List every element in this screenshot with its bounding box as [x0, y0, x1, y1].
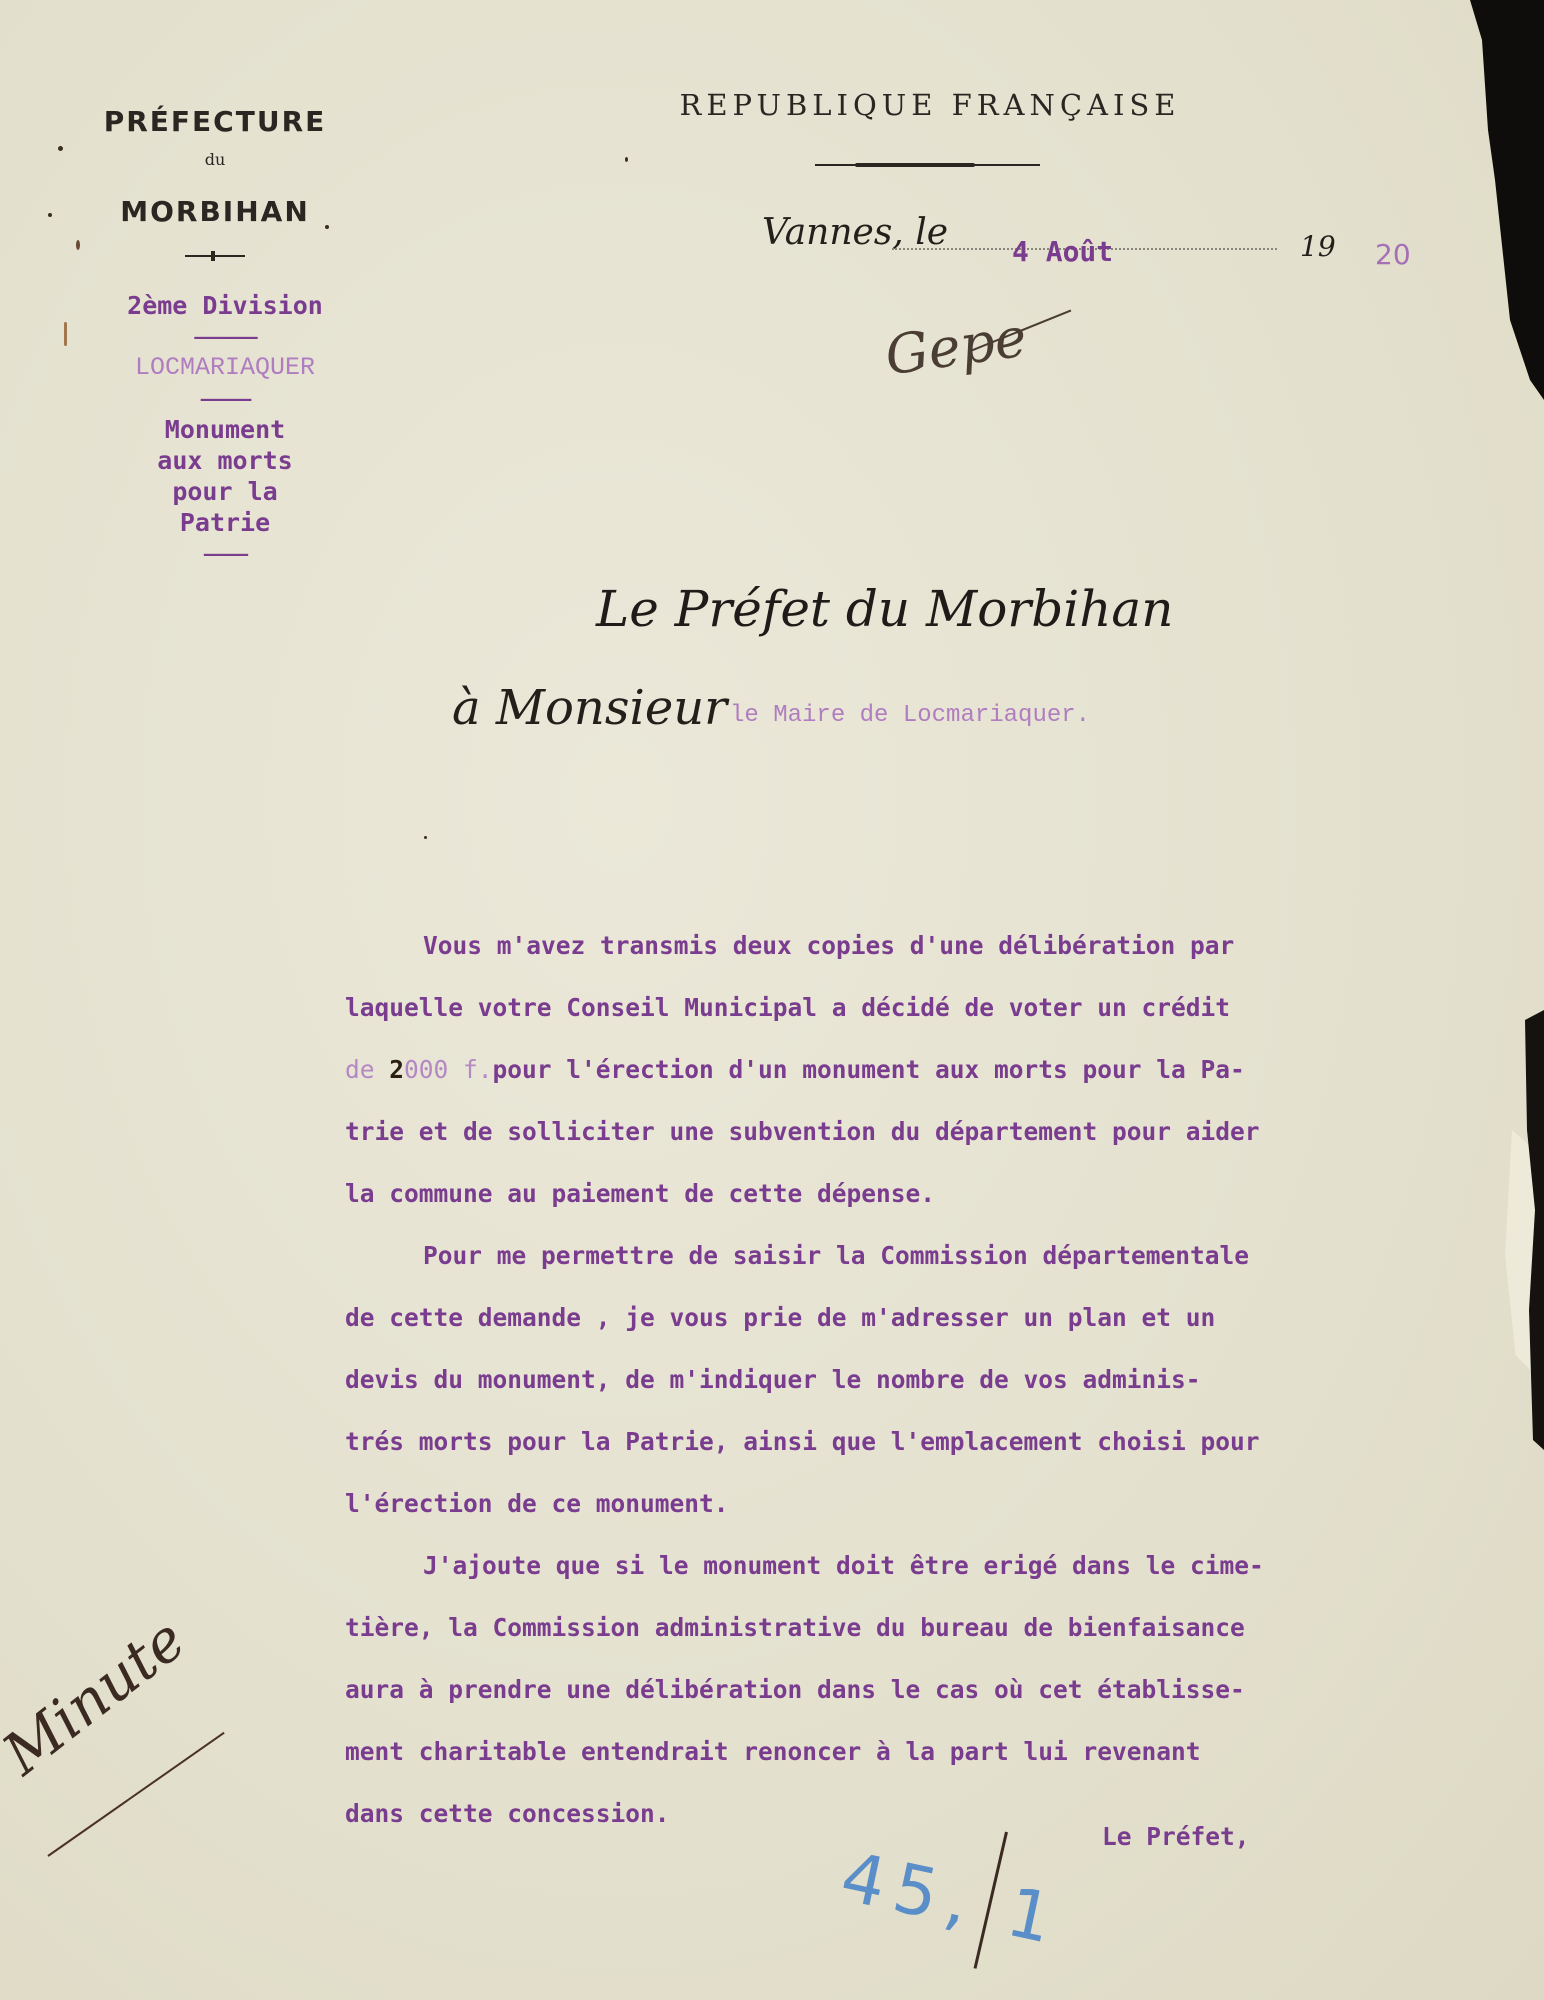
body-line: trie et de solliciter une subvention du … — [345, 1101, 1525, 1163]
handwritten-initials: Gepe — [881, 305, 1030, 387]
subject-line: Monument — [80, 414, 370, 445]
prefecture-connector: du — [40, 150, 390, 169]
separator: ------- — [80, 538, 370, 569]
credit-first-digit: 2 — [389, 1055, 404, 1084]
body-line: Pour me permettre de saisir la Commissio… — [345, 1225, 1525, 1287]
margin-note-minute: Minute — [0, 1605, 198, 1788]
sender-line: Le Préfet du Morbihan — [596, 580, 1173, 638]
body-line: la commune au paiement de cette dépense. — [345, 1163, 1525, 1225]
separator: -------- — [80, 383, 370, 414]
ornament-divider — [815, 164, 1040, 166]
paper-speck — [625, 157, 628, 162]
letter-page: PRÉFECTURE du MORBIHAN 2ème Division ---… — [0, 0, 1544, 2000]
body-line: de cette demande , je vous prie de m'adr… — [345, 1287, 1525, 1349]
body-line: J'ajoute que si le monument doit être er… — [345, 1535, 1525, 1597]
recipient-prefix: à Monsieur — [452, 680, 727, 736]
body-line: dans cette concession. — [345, 1783, 1525, 1845]
body-line: trés morts pour la Patrie, ainsi que l'e… — [345, 1411, 1525, 1473]
blue-pencil-mark: 45, 1 — [834, 1838, 1069, 1962]
paper-speck — [76, 240, 80, 250]
paper-stain — [64, 322, 67, 346]
republic-title: REPUBLIQUE FRANÇAISE — [620, 88, 1240, 122]
year-value: 20 — [1375, 238, 1411, 271]
subject-line: aux morts — [80, 445, 370, 476]
closing-signature: Le Préfet, — [1102, 1822, 1250, 1851]
separator: ---------- — [80, 321, 370, 352]
body-line: tière, la Commission administrative du b… — [345, 1597, 1525, 1659]
commune-label: LOCMARIAQUER — [80, 352, 370, 383]
body-line-credit: de 2000 f.pour l'érection d'un monument … — [345, 1039, 1525, 1101]
body-line: aura à prendre une délibération dans le … — [345, 1659, 1525, 1721]
recipient-name: le Maire de Locmariaquer. — [730, 702, 1090, 729]
subject-line: Patrie — [80, 507, 370, 538]
paper-speck — [424, 836, 427, 839]
division-label: 2ème Division — [80, 290, 370, 321]
ornament-divider — [185, 255, 245, 257]
prefecture-department: MORBIHAN — [40, 195, 390, 228]
body-line: Vous m'avez transmis deux copies d'une d… — [345, 915, 1525, 977]
place-prefix: Vannes, le — [762, 212, 948, 253]
prefecture-title: PRÉFECTURE — [40, 105, 390, 138]
body-line: laquelle votre Conseil Municipal a décid… — [345, 977, 1525, 1039]
credit-amount-rest: 000 f. — [404, 1055, 493, 1084]
subject-line: pour la — [80, 476, 370, 507]
year-prefix: 19 — [1300, 230, 1336, 263]
date-value: 4 Août — [1012, 235, 1113, 268]
body-line: devis du monument, de m'indiquer le nomb… — [345, 1349, 1525, 1411]
letter-body: Vous m'avez transmis deux copies d'une d… — [345, 915, 1525, 1845]
body-line: ment charitable entendrait renoncer à la… — [345, 1721, 1525, 1783]
body-line: l'érection de ce monument. — [345, 1473, 1525, 1535]
reference-block: 2ème Division ---------- LOCMARIAQUER --… — [80, 290, 370, 569]
